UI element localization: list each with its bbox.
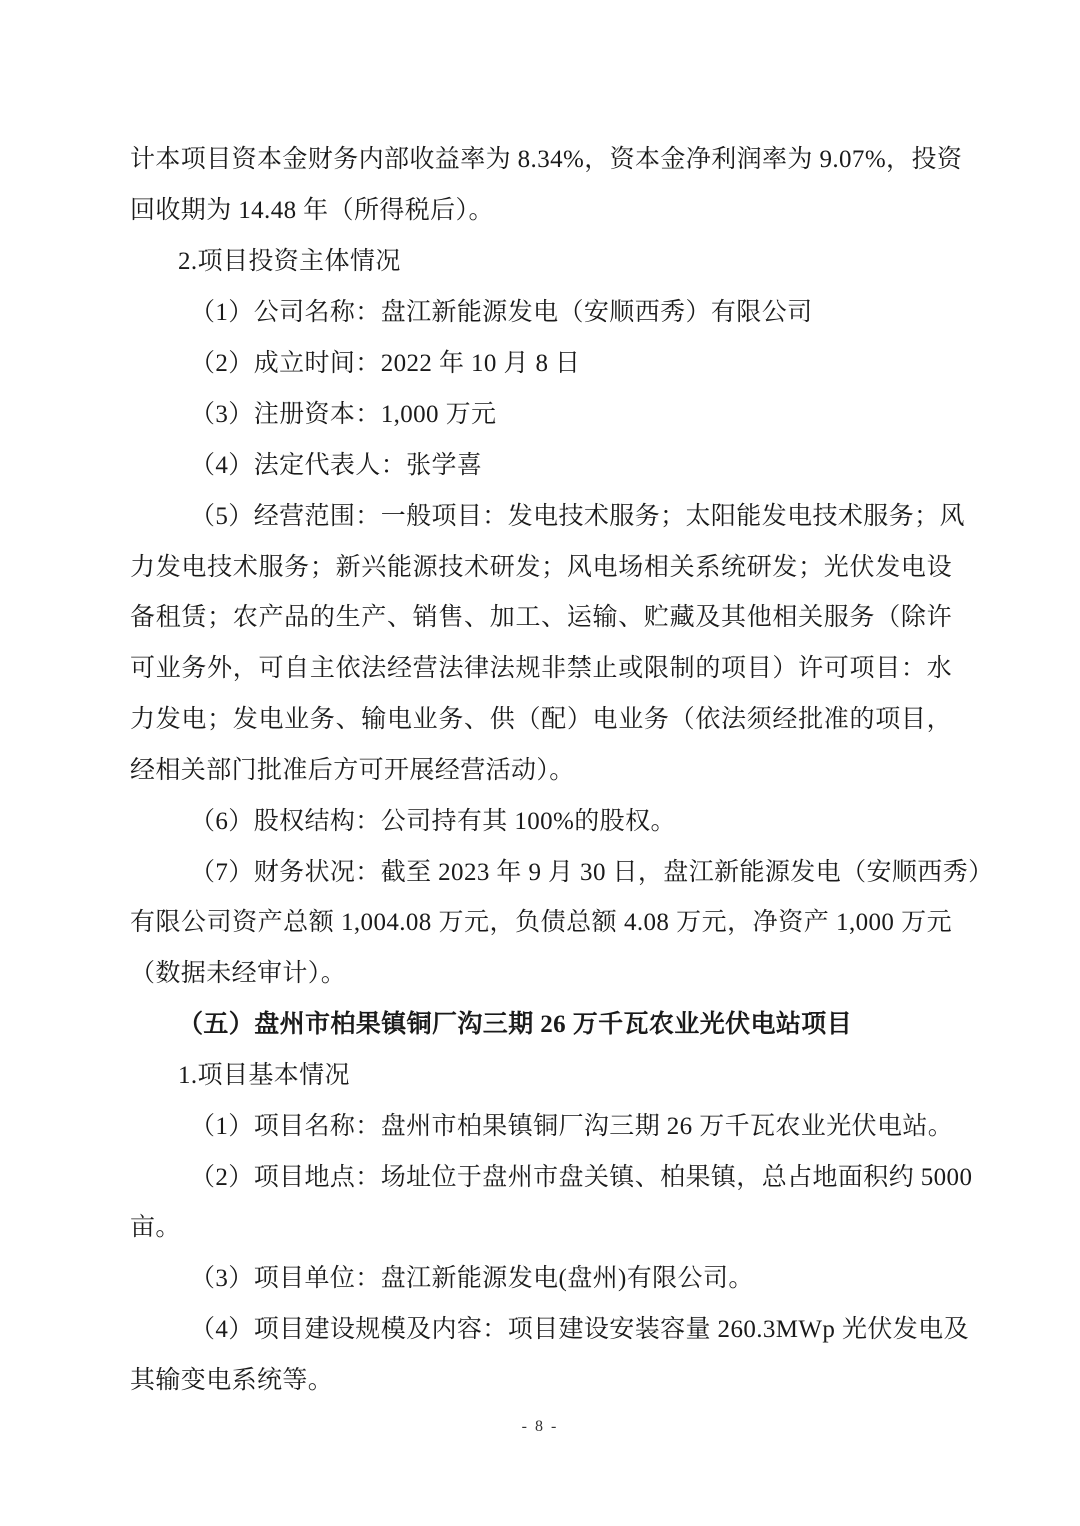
paragraph-line: 备租赁；农产品的生产、销售、加工、运输、贮藏及其他相关服务（除许 xyxy=(130,603,952,633)
paragraph-line: 回收期为 14.48 年（所得税后）。 xyxy=(130,196,952,226)
list-item: （4）法定代表人：张学喜 xyxy=(190,451,952,481)
list-item: （7）财务状况：截至 2023 年 9 月 30 日，盘江新能源发电（安顺西秀） xyxy=(190,858,952,888)
section-subheading: 2.项目投资主体情况 xyxy=(178,247,952,277)
paragraph-line: 力发电技术服务；新兴能源技术研发；风电场相关系统研发；光伏发电设 xyxy=(130,553,952,583)
paragraph-line: 亩。 xyxy=(130,1213,952,1243)
list-item: （3）项目单位：盘江新能源发电(盘州)有限公司。 xyxy=(190,1264,952,1294)
paragraph-line: 可业务外，可自主依法经营法律法规非禁止或限制的项目）许可项目：水 xyxy=(130,654,952,684)
paragraph-line: 经相关部门批准后方可开展经营活动）。 xyxy=(130,756,952,786)
list-item: （4）项目建设规模及内容：项目建设安装容量 260.3MWp 光伏发电及 xyxy=(190,1315,952,1345)
list-item: （1）项目名称：盘州市柏果镇铜厂沟三期 26 万千瓦农业光伏电站。 xyxy=(190,1112,952,1142)
list-item: （5）经营范围：一般项目：发电技术服务；太阳能发电技术服务；风 xyxy=(190,502,952,532)
paragraph-line: 计本项目资本金财务内部收益率为 8.34%，资本金净利润率为 9.07%，投资 xyxy=(130,145,952,175)
page-number: - 8 - xyxy=(0,1418,1080,1436)
section-subheading: 1.项目基本情况 xyxy=(178,1061,952,1091)
list-item: （1）公司名称：盘江新能源发电（安顺西秀）有限公司 xyxy=(190,298,952,328)
list-item: （6）股权结构：公司持有其 100%的股权。 xyxy=(190,807,952,837)
section-heading: （五）盘州市柏果镇铜厂沟三期 26 万千瓦农业光伏电站项目 xyxy=(178,1010,1000,1040)
list-item: （2）成立时间：2022 年 10 月 8 日 xyxy=(190,349,952,379)
paragraph-line: （数据未经审计）。 xyxy=(130,959,952,989)
paragraph-line: 有限公司资产总额 1,004.08 万元，负债总额 4.08 万元，净资产 1,… xyxy=(130,908,952,938)
list-item: （2）项目地点：场址位于盘州市盘关镇、柏果镇，总占地面积约 5000 xyxy=(190,1163,952,1193)
paragraph-line: 力发电；发电业务、输电业务、供（配）电业务（依法须经批准的项目， xyxy=(130,705,952,735)
list-item: （3）注册资本：1,000 万元 xyxy=(190,400,952,430)
document-page: 计本项目资本金财务内部收益率为 8.34%，资本金净利润率为 9.07%，投资 … xyxy=(0,0,1080,1526)
paragraph-line: 其输变电系统等。 xyxy=(130,1366,952,1396)
